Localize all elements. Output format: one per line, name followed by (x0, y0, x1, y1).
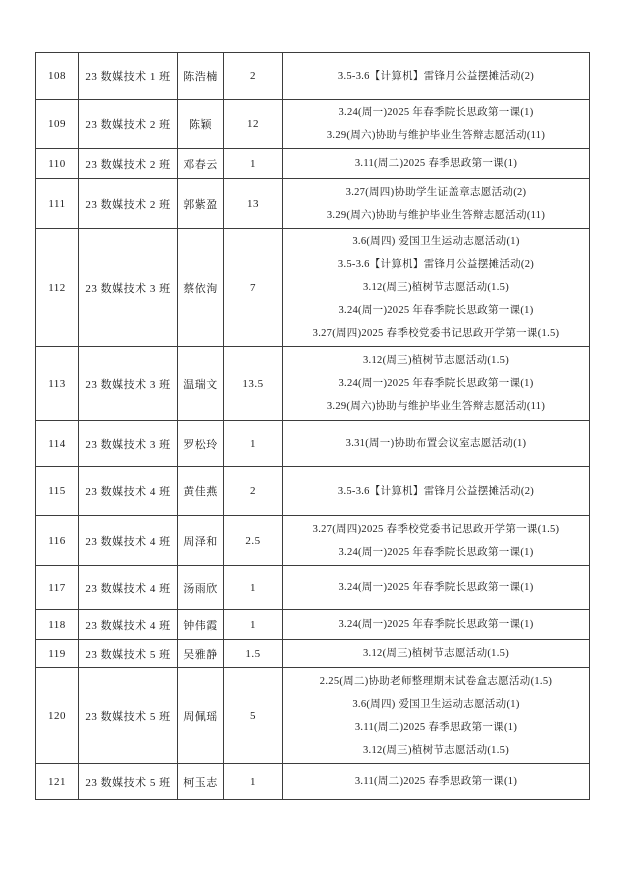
student-name-cell: 陈浩楠 (178, 53, 224, 100)
student-name-cell: 吴雅静 (178, 640, 224, 668)
activity-line: 3.5-3.6【计算机】雷锋月公益摆摊活动(2) (285, 480, 587, 503)
student-name-cell: 黄佳燕 (178, 467, 224, 516)
table-row: 11623 数媒技术 4 班周泽和2.53.27(周四)2025 春季校党委书记… (36, 516, 590, 566)
class-cell: 23 数媒技术 4 班 (79, 516, 178, 566)
activity-line: 3.24(周一)2025 年春季院长思政第一课(1) (285, 372, 587, 395)
hours-cell: 12 (224, 100, 283, 149)
activities-cell: 2.25(周二)协助老师整理期末试卷盒志愿活动(1.5)3.6(周四) 爱国卫生… (283, 668, 590, 764)
student-name-cell: 周佩瑶 (178, 668, 224, 764)
class-cell: 23 数媒技术 4 班 (79, 610, 178, 640)
activities-cell: 3.5-3.6【计算机】雷锋月公益摆摊活动(2) (283, 467, 590, 516)
table-row: 12023 数媒技术 5 班周佩瑶52.25(周二)协助老师整理期末试卷盒志愿活… (36, 668, 590, 764)
activity-line: 3.27(周四)协助学生证盖章志愿活动(2) (285, 181, 587, 204)
activity-line: 3.12(周三)植树节志愿活动(1.5) (285, 276, 587, 299)
hours-cell: 1.5 (224, 640, 283, 668)
table-body: 10823 数媒技术 1 班陈浩楠23.5-3.6【计算机】雷锋月公益摆摊活动(… (36, 53, 590, 800)
row-number-cell: 110 (36, 149, 79, 179)
hours-cell: 13 (224, 179, 283, 229)
hours-cell: 1 (224, 610, 283, 640)
activities-cell: 3.11(周二)2025 春季思政第一课(1) (283, 149, 590, 179)
student-name-cell: 汤雨欣 (178, 566, 224, 610)
class-cell: 23 数媒技术 1 班 (79, 53, 178, 100)
hours-cell: 7 (224, 229, 283, 347)
activity-line: 3.6(周四) 爱国卫生运动志愿活动(1) (285, 693, 587, 716)
class-cell: 23 数媒技术 5 班 (79, 764, 178, 800)
table-row: 11823 数媒技术 4 班钟伟霞13.24(周一)2025 年春季院长思政第一… (36, 610, 590, 640)
row-number-cell: 117 (36, 566, 79, 610)
row-number-cell: 113 (36, 347, 79, 421)
activity-line: 3.6(周四) 爱国卫生运动志愿活动(1) (285, 230, 587, 253)
class-cell: 23 数媒技术 3 班 (79, 421, 178, 467)
activity-line: 3.11(周二)2025 春季思政第一课(1) (285, 716, 587, 739)
row-number-cell: 111 (36, 179, 79, 229)
table-row: 11323 数媒技术 3 班温瑞文13.53.12(周三)植树节志愿活动(1.5… (36, 347, 590, 421)
activities-cell: 3.12(周三)植树节志愿活动(1.5)3.24(周一)2025 年春季院长思政… (283, 347, 590, 421)
student-name-cell: 蔡依洵 (178, 229, 224, 347)
activity-line: 3.12(周三)植树节志愿活动(1.5) (285, 739, 587, 762)
hours-cell: 2 (224, 467, 283, 516)
class-cell: 23 数媒技术 5 班 (79, 640, 178, 668)
row-number-cell: 115 (36, 467, 79, 516)
class-cell: 23 数媒技术 2 班 (79, 100, 178, 149)
row-number-cell: 114 (36, 421, 79, 467)
hours-cell: 1 (224, 149, 283, 179)
table-row: 10823 数媒技术 1 班陈浩楠23.5-3.6【计算机】雷锋月公益摆摊活动(… (36, 53, 590, 100)
activity-line: 3.24(周一)2025 年春季院长思政第一课(1) (285, 576, 587, 599)
table-row: 11223 数媒技术 3 班蔡依洵73.6(周四) 爱国卫生运动志愿活动(1)3… (36, 229, 590, 347)
row-number-cell: 120 (36, 668, 79, 764)
activity-line: 3.24(周一)2025 年春季院长思政第一课(1) (285, 613, 587, 636)
activity-line: 3.29(周六)协助与维护毕业生答辩志愿活动(11) (285, 395, 587, 418)
hours-cell: 1 (224, 566, 283, 610)
class-cell: 23 数媒技术 4 班 (79, 467, 178, 516)
activity-line: 3.12(周三)植树节志愿活动(1.5) (285, 642, 587, 665)
activity-line: 3.24(周一)2025 年春季院长思政第一课(1) (285, 299, 587, 322)
table-row: 11423 数媒技术 3 班罗松玲13.31(周一)协助布置会议室志愿活动(1) (36, 421, 590, 467)
hours-cell: 1 (224, 421, 283, 467)
student-name-cell: 郭紫盈 (178, 179, 224, 229)
class-cell: 23 数媒技术 4 班 (79, 566, 178, 610)
class-cell: 23 数媒技术 2 班 (79, 149, 178, 179)
student-name-cell: 陈颖 (178, 100, 224, 149)
activity-line: 3.29(周六)协助与维护毕业生答辩志愿活动(11) (285, 124, 587, 147)
student-name-cell: 温瑞文 (178, 347, 224, 421)
table-row: 11723 数媒技术 4 班汤雨欣13.24(周一)2025 年春季院长思政第一… (36, 566, 590, 610)
row-number-cell: 112 (36, 229, 79, 347)
activity-line: 3.5-3.6【计算机】雷锋月公益摆摊活动(2) (285, 253, 587, 276)
hours-cell: 5 (224, 668, 283, 764)
activities-cell: 3.5-3.6【计算机】雷锋月公益摆摊活动(2) (283, 53, 590, 100)
activity-line: 3.29(周六)协助与维护毕业生答辩志愿活动(11) (285, 204, 587, 227)
document-page: 10823 数媒技术 1 班陈浩楠23.5-3.6【计算机】雷锋月公益摆摊活动(… (0, 0, 623, 883)
class-cell: 23 数媒技术 3 班 (79, 347, 178, 421)
student-name-cell: 邓春云 (178, 149, 224, 179)
row-number-cell: 119 (36, 640, 79, 668)
activity-line: 3.27(周四)2025 春季校党委书记思政开学第一课(1.5) (285, 322, 587, 345)
table-row: 11023 数媒技术 2 班邓春云13.11(周二)2025 春季思政第一课(1… (36, 149, 590, 179)
activities-cell: 3.31(周一)协助布置会议室志愿活动(1) (283, 421, 590, 467)
row-number-cell: 108 (36, 53, 79, 100)
student-name-cell: 罗松玲 (178, 421, 224, 467)
row-number-cell: 118 (36, 610, 79, 640)
table-row: 12123 数媒技术 5 班柯玉志13.11(周二)2025 春季思政第一课(1… (36, 764, 590, 800)
table-row: 11123 数媒技术 2 班郭紫盈133.27(周四)协助学生证盖章志愿活动(2… (36, 179, 590, 229)
activities-cell: 3.27(周四)2025 春季校党委书记思政开学第一课(1.5)3.24(周一)… (283, 516, 590, 566)
activity-line: 3.11(周二)2025 春季思政第一课(1) (285, 152, 587, 175)
student-name-cell: 周泽和 (178, 516, 224, 566)
class-cell: 23 数媒技术 2 班 (79, 179, 178, 229)
activities-cell: 3.24(周一)2025 年春季院长思政第一课(1)3.29(周六)协助与维护毕… (283, 100, 590, 149)
class-cell: 23 数媒技术 5 班 (79, 668, 178, 764)
activity-line: 3.11(周二)2025 春季思政第一课(1) (285, 770, 587, 793)
activity-line: 3.31(周一)协助布置会议室志愿活动(1) (285, 432, 587, 455)
row-number-cell: 109 (36, 100, 79, 149)
hours-cell: 1 (224, 764, 283, 800)
activity-line: 3.24(周一)2025 年春季院长思政第一课(1) (285, 101, 587, 124)
table-row: 11923 数媒技术 5 班吴雅静1.53.12(周三)植树节志愿活动(1.5) (36, 640, 590, 668)
activity-line: 2.25(周二)协助老师整理期末试卷盒志愿活动(1.5) (285, 670, 587, 693)
activities-cell: 3.12(周三)植树节志愿活动(1.5) (283, 640, 590, 668)
hours-cell: 2 (224, 53, 283, 100)
table-row: 10923 数媒技术 2 班陈颖123.24(周一)2025 年春季院长思政第一… (36, 100, 590, 149)
student-name-cell: 钟伟霞 (178, 610, 224, 640)
activity-line: 3.5-3.6【计算机】雷锋月公益摆摊活动(2) (285, 65, 587, 88)
student-name-cell: 柯玉志 (178, 764, 224, 800)
volunteer-hours-table: 10823 数媒技术 1 班陈浩楠23.5-3.6【计算机】雷锋月公益摆摊活动(… (35, 52, 590, 800)
activities-cell: 3.11(周二)2025 春季思政第一课(1) (283, 764, 590, 800)
activities-cell: 3.6(周四) 爱国卫生运动志愿活动(1)3.5-3.6【计算机】雷锋月公益摆摊… (283, 229, 590, 347)
row-number-cell: 121 (36, 764, 79, 800)
table-row: 11523 数媒技术 4 班黄佳燕23.5-3.6【计算机】雷锋月公益摆摊活动(… (36, 467, 590, 516)
class-cell: 23 数媒技术 3 班 (79, 229, 178, 347)
activity-line: 3.27(周四)2025 春季校党委书记思政开学第一课(1.5) (285, 518, 587, 541)
activities-cell: 3.24(周一)2025 年春季院长思政第一课(1) (283, 566, 590, 610)
hours-cell: 2.5 (224, 516, 283, 566)
activity-line: 3.24(周一)2025 年春季院长思政第一课(1) (285, 541, 587, 564)
activities-cell: 3.24(周一)2025 年春季院长思政第一课(1) (283, 610, 590, 640)
activity-line: 3.12(周三)植树节志愿活动(1.5) (285, 349, 587, 372)
activities-cell: 3.27(周四)协助学生证盖章志愿活动(2)3.29(周六)协助与维护毕业生答辩… (283, 179, 590, 229)
row-number-cell: 116 (36, 516, 79, 566)
hours-cell: 13.5 (224, 347, 283, 421)
